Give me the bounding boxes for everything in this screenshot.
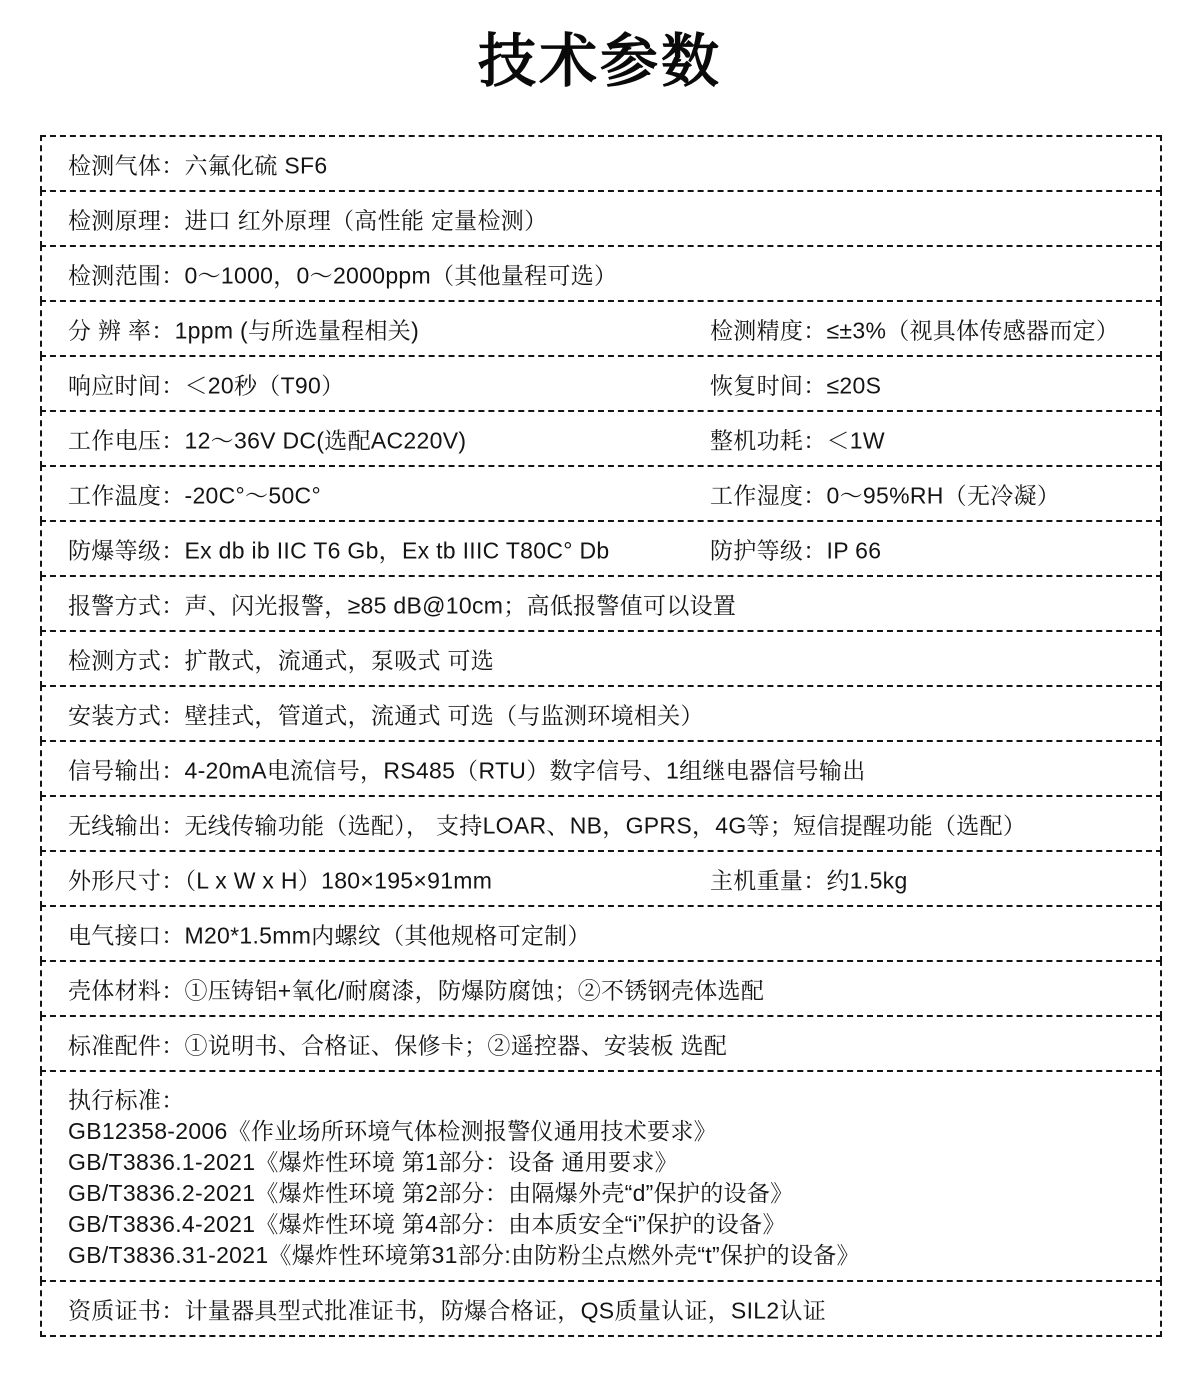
- spec-text: 报警方式：声、闪光报警，≥85 dB@10cm；高低报警值可以设置: [68, 587, 736, 620]
- row-temperature-humidity: 工作温度：-20C°～50C° 工作湿度：0～95%RH（无冷凝）: [40, 465, 1162, 522]
- row-alarm-mode: 报警方式：声、闪光报警，≥85 dB@10cm；高低报警值可以设置: [40, 575, 1162, 632]
- row-signal-output: 信号输出：4-20mA电流信号，RS485（RTU）数字信号、1组继电器信号输出: [40, 740, 1162, 797]
- spec-text: 检测气体：六氟化硫 SF6: [68, 147, 327, 180]
- spec-text: 防爆等级：Ex db ib IIC T6 Gb，Ex tb IIIC T80C°…: [68, 532, 609, 565]
- row-dimensions-weight: 外形尺寸：（L x W x H）180×195×91mm 主机重量：约1.5kg: [40, 850, 1162, 907]
- spec-text: 壳体材料：①压铸铝+氧化/耐腐漆，防爆防腐蚀；②不锈钢壳体选配: [68, 972, 764, 1005]
- row-detection-range: 检测范围：0～1000，0～2000ppm（其他量程可选）: [40, 245, 1162, 302]
- row-standard-accessories: 标准配件：①说明书、合格证、保修卡；②遥控器、安装板 选配: [40, 1015, 1162, 1072]
- spec-text: 工作温度：-20C°～50C°: [68, 477, 321, 510]
- row-wireless-output: 无线输出：无线传输功能（选配）， 支持LOAR、NB，GPRS，4G等；短信提醒…: [40, 795, 1162, 852]
- row-detection-mode: 检测方式：扩散式，流通式，泵吸式 可选: [40, 630, 1162, 687]
- standard-line: 执行标准：: [42, 1085, 1160, 1116]
- spec-text: 响应时间：＜20秒（T90）: [68, 367, 344, 400]
- row-voltage-power: 工作电压：12～36V DC(选配AC220V) 整机功耗：＜1W: [40, 410, 1162, 467]
- spec-text: 外形尺寸：（L x W x H）180×195×91mm: [68, 862, 492, 895]
- spec-table: 检测气体：六氟化硫 SF6 检测原理：进口 红外原理（高性能 定量检测） 检测范…: [40, 135, 1162, 1337]
- spec-text: 信号输出：4-20mA电流信号，RS485（RTU）数字信号、1组继电器信号输出: [68, 752, 866, 785]
- spec-text: 电气接口：M20*1.5mm内螺纹（其他规格可定制）: [68, 917, 591, 950]
- spec-text: 分 辨 率：1ppm (与所选量程相关): [68, 312, 419, 345]
- spec-text: 检测方式：扩散式，流通式，泵吸式 可选: [68, 642, 494, 675]
- row-installation-mode: 安装方式：壁挂式，管道式，流通式 可选（与监测环境相关）: [40, 685, 1162, 742]
- spec-text: 无线输出：无线传输功能（选配）， 支持LOAR、NB，GPRS，4G等；短信提醒…: [68, 807, 1026, 840]
- page-title: 技术参数: [0, 0, 1200, 99]
- spec-text: 资质证书：计量器具型式批准证书，防爆合格证，QS质量认证，SIL2认证: [68, 1292, 826, 1325]
- spec-text: 检测范围：0～1000，0～2000ppm（其他量程可选）: [68, 257, 617, 290]
- standard-line: GB/T3836.2-2021《爆炸性环境 第2部分：由隔爆外壳“d”保护的设备…: [42, 1178, 1160, 1209]
- spec-text-right: 恢复时间：≤20S: [710, 367, 881, 400]
- spec-text: 检测原理：进口 红外原理（高性能 定量检测）: [68, 202, 547, 235]
- spec-text-right: 整机功耗：＜1W: [710, 422, 885, 455]
- standard-line: GB/T3836.1-2021《爆炸性环境 第1部分：设备 通用要求》: [42, 1147, 1160, 1178]
- row-explosion-proof-ip: 防爆等级：Ex db ib IIC T6 Gb，Ex tb IIIC T80C°…: [40, 520, 1162, 577]
- row-detection-principle: 检测原理：进口 红外原理（高性能 定量检测）: [40, 190, 1162, 247]
- spec-text-right: 防护等级：IP 66: [710, 532, 881, 565]
- spec-text: 安装方式：壁挂式，管道式，流通式 可选（与监测环境相关）: [68, 697, 704, 730]
- standard-line: GB/T3836.31-2021《爆炸性环境第31部分:由防粉尘点燃外壳“t”保…: [42, 1240, 1160, 1271]
- standard-line: GB/T3836.4-2021《爆炸性环境 第4部分：由本质安全“i”保护的设备…: [42, 1209, 1160, 1240]
- spec-text: 工作电压：12～36V DC(选配AC220V): [68, 422, 466, 455]
- row-electrical-interface: 电气接口：M20*1.5mm内螺纹（其他规格可定制）: [40, 905, 1162, 962]
- row-detection-gas: 检测气体：六氟化硫 SF6: [40, 135, 1162, 192]
- row-housing-material: 壳体材料：①压铸铝+氧化/耐腐漆，防爆防腐蚀；②不锈钢壳体选配: [40, 960, 1162, 1017]
- spec-text-right: 主机重量：约1.5kg: [710, 862, 908, 895]
- spec-text: 标准配件：①说明书、合格证、保修卡；②遥控器、安装板 选配: [68, 1027, 727, 1060]
- row-certificates: 资质证书：计量器具型式批准证书，防爆合格证，QS质量认证，SIL2认证: [40, 1280, 1162, 1337]
- row-response-recovery-time: 响应时间：＜20秒（T90） 恢复时间：≤20S: [40, 355, 1162, 412]
- tech-params-page: 技术参数 检测气体：六氟化硫 SF6 检测原理：进口 红外原理（高性能 定量检测…: [0, 0, 1200, 1398]
- spec-text-right: 工作湿度：0～95%RH（无冷凝）: [710, 477, 1060, 510]
- spec-text-right: 检测精度：≤±3%（视具体传感器而定）: [710, 312, 1119, 345]
- standard-line: GB12358-2006《作业场所环境气体检测报警仪通用技术要求》: [42, 1116, 1160, 1147]
- row-executive-standards: 执行标准： GB12358-2006《作业场所环境气体检测报警仪通用技术要求》 …: [40, 1070, 1162, 1282]
- row-resolution-accuracy: 分 辨 率：1ppm (与所选量程相关) 检测精度：≤±3%（视具体传感器而定）: [40, 300, 1162, 357]
